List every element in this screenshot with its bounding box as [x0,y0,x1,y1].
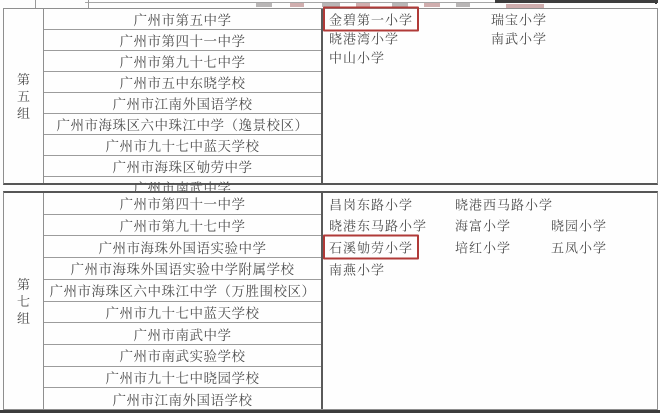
group-label-char: 五 [17,88,30,105]
primary-school-row: 晓港湾小学南武小学 [323,28,657,47]
primary-school-name: 海富小学 [455,216,511,235]
group-label-char: 组 [17,310,30,327]
middle-school-column: 广州市第五中学广州市第四十一中学广州市第九十七中学广州市五中东晓学校广州市江南外… [44,9,323,183]
scanned-document-page: 第五组 广州市第五中学广州市第四十一中学广州市第九十七中学广州市五中东晓学校广州… [0,0,660,413]
group-label: 第七组 [17,276,30,327]
primary-school-cell: 昌岗东路小学晓港西马路小学晓港东马路小学海富小学晓园小学石溪劬劳小学培红小学五凤… [323,193,657,409]
primary-school-row: 南燕小学 [323,258,657,280]
middle-school-row: 广州市江南外国语学校 [44,93,321,114]
cropped-column-border [88,0,89,8]
group-label-char: 组 [17,105,30,122]
group-seven-table: 第七组 广州市第四十一中学广州市第九十七中学广州市海珠外国语实验中学广州市海珠外… [3,191,658,410]
cropped-text-remnant [256,3,272,7]
primary-school-name: 晓港西马路小学 [455,194,553,213]
cropped-text-remnant [424,3,440,7]
cropped-row-border-dark [495,0,658,3]
group-five-table: 第五组 广州市第五中学广州市第四十一中学广州市第九十七中学广州市五中东晓学校广州… [3,8,658,185]
cropped-column-border [655,0,657,4]
cropped-column-border [35,0,36,8]
middle-school-row: 广州市第九十七中学 [44,215,321,237]
middle-school-row: 广州市九十七中晓园学校 [44,367,321,389]
primary-school-cell: 金碧第一小学瑞宝小学晓港湾小学南武小学中山小学 [323,9,657,183]
middle-school-row: 广州市第九十七中学 [44,51,321,72]
middle-school-row: 广州市海珠外国语实验中学 [44,236,321,258]
primary-school-name: 南燕小学 [329,259,385,278]
primary-school-row: 昌岗东路小学晓港西马路小学 [323,193,657,215]
group-label-char: 七 [17,293,30,310]
primary-school-name: 晓园小学 [551,216,607,235]
cropped-text-remnant [290,3,304,7]
middle-school-row: 广州市海珠区六中珠江中学（逸景校区） [44,114,321,135]
middle-school-row: 广州市第四十一中学 [44,193,321,215]
primary-school-name: 瑞宝小学 [491,9,547,28]
primary-school-row: 中山小学 [323,48,657,67]
group-label-char: 第 [17,71,30,88]
primary-school-row: 石溪劬劳小学培红小学五凤小学 [323,236,657,258]
primary-school-row: 金碧第一小学瑞宝小学 [323,9,657,28]
middle-school-row: 广州市第五中学 [44,9,321,30]
middle-school-row: 广州市海珠区六中珠江中学（万胜围校区） [44,280,321,302]
middle-school-row: 广州市五中东晓学校 [44,72,321,93]
middle-school-row: 广州市海珠外国语实验中学附属学校 [44,258,321,280]
primary-school-name: 晓港东马路小学 [329,216,427,235]
cropped-text-remnant [456,3,470,7]
primary-school-name-highlighted: 石溪劬劳小学 [323,234,419,259]
middle-school-row: 广州市海珠区劬劳中学 [44,156,321,177]
group-label: 第五组 [17,71,30,122]
primary-school-name: 昌岗东路小学 [329,194,413,213]
middle-school-row: 广州市第四十一中学 [44,30,321,51]
middle-school-row: 广州市南武实验学校 [44,345,321,367]
middle-school-column: 广州市第四十一中学广州市第九十七中学广州市海珠外国语实验中学广州市海珠外国语实验… [44,193,323,409]
primary-school-row: 晓港东马路小学海富小学晓园小学 [323,215,657,237]
group-label-cell: 第七组 [4,193,44,409]
middle-school-row: 广州市九十七中蓝天学校 [44,302,321,324]
primary-school-name: 南武小学 [491,29,547,48]
group-label-char: 第 [17,276,30,293]
primary-school-name: 中山小学 [329,48,385,67]
primary-school-name: 晓港湾小学 [329,29,399,48]
primary-school-name: 培红小学 [455,237,511,256]
primary-school-name: 五凤小学 [551,237,607,256]
middle-school-row: 广州市九十七中蓝天学校 [44,135,321,156]
group-label-cell: 第五组 [4,9,44,183]
middle-school-row: 广州市江南外国语学校 [44,388,321,409]
middle-school-row: 广州市南武中学 [44,323,321,345]
